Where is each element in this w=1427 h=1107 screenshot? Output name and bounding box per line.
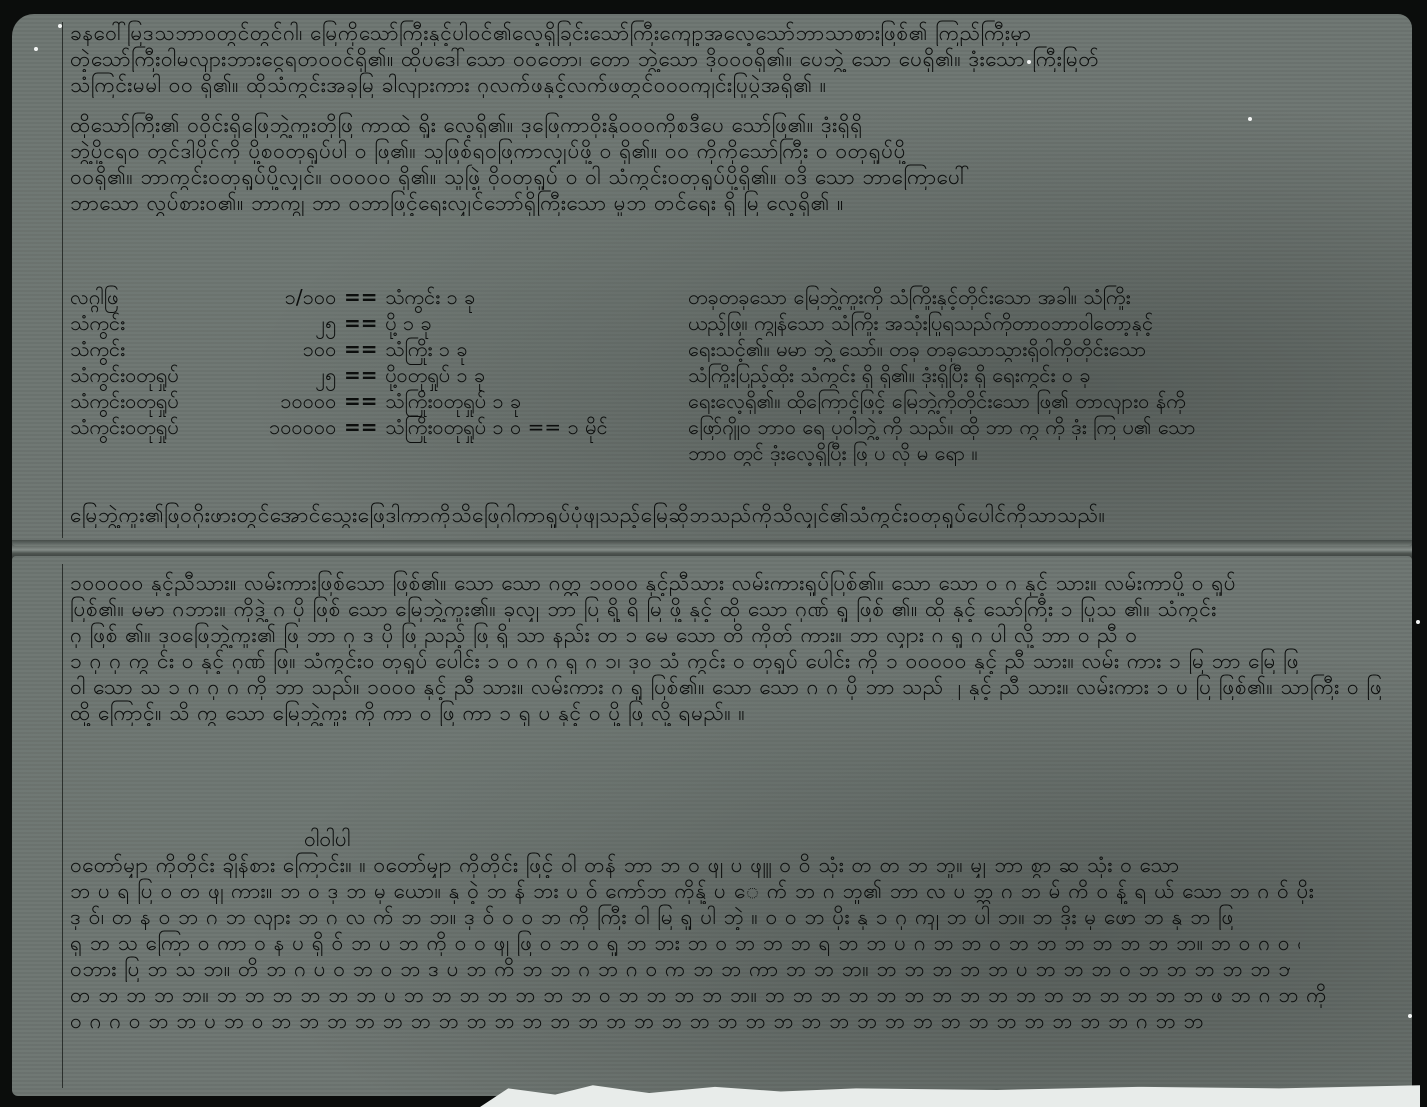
equals-sign: == — [343, 310, 379, 336]
text-line: ရှ ဘ သ ကြော ဝ ကာ ဝ န ပ ရှိ ဝ် ဘ ပ ဘ ကို … — [70, 930, 1300, 956]
text-line: ဖြော်ဂျိုဝ ဘာဝ ရေ ပုဝါဘွဲ့ ကို သည်။ ထို … — [688, 414, 1388, 440]
margin-rule — [62, 22, 63, 538]
text-line: ထို့ ကြောင့်။ သိ ကွ သော မြေဘွဲ့ကူး ကို က… — [70, 700, 870, 726]
unit-result: သံကွင်း ၁ ခု — [385, 284, 475, 310]
dust-speck — [1248, 117, 1252, 121]
text-line: ဘ ပ ရ ပြ ဝ တ ဖျ ကား။ ဘ ဝ ဒု ဘ မှ ယော။ နှ… — [70, 878, 1350, 904]
manuscript-top-panel: ခနဝေါ်မြဒသဘာဝတွင်တွင်ဂါ၊ မြေကိုသော်ကြီးန… — [12, 14, 1412, 546]
text-line: တ ဘ ဘ ဘ ဘ။ ဘ ဘ ဘ ဘ ဘ ဘ ပ ဘ ဘ ဘ ဘ ဘ ဘ ဘ ဝ… — [70, 982, 1360, 1008]
equals-sign: == — [343, 388, 379, 414]
text-line: တဲ့သော်ကြီးဝါမလျားဘားငွေရတဝဝင်ရှိ၏။ ထိုပ… — [70, 46, 1400, 72]
text-line: ၁ဝဝဝဝဝ နှင့်ညီသား။ လမ်းကားဖြစ်သော ဖြစ်၏။… — [70, 570, 1390, 596]
unit-number: ၂၅ — [256, 362, 336, 388]
unit-term: သံကွင်းဝတုရှုပ် — [70, 362, 250, 388]
text-line: ထိုသော်ကြီး၏ ဝဝိုင်းရှိဖြေဘွဲ့ကူးတိုဖြ က… — [70, 112, 1400, 138]
manuscript-bottom-panel: ၁ဝဝဝဝဝ နှင့်ညီသား။ လမ်းကားဖြစ်သော ဖြစ်၏။… — [12, 556, 1412, 1096]
text-line: ဘာဝ တွင် ဒုံးလေ့ရှိပြီး ဖြ ပ လို မ ရော ။ — [688, 440, 1108, 466]
unit-term: သံကွင်းဝတုရှုပ် — [70, 388, 250, 414]
table-row: သံကွင်းဝတုရှုပ် ၁ဝဝဝဝ == သံကြိုးဝတုရှုပ်… — [70, 388, 521, 414]
text-line: ပြစ်၏။ မမာ ဂဘား။ ကိုဒွဲ့ ဂ ပို ဖြစ် သော … — [70, 596, 1390, 622]
unit-number: ၂၅ — [256, 310, 336, 336]
text-line: ယည့်ဖြ။ ကျွန်သော သံကြိုး အသုံးပြုရသည်ကို… — [688, 310, 1388, 336]
text-line: ဝဝရှိ၏။ ဘာကွင်းဝတုရှုပ်ပို့လျှင်။ ဝဝဝဝဝ … — [70, 164, 1400, 190]
text-line: ဝ ဂ ဂ ဝ ဘ ဘ ပ ဘ ဝ ဘ ဘ ဘ ဘ ဘ ဘ ဘ ဘ ဘ ဘ ဘ … — [70, 1008, 1270, 1034]
dust-speck — [1416, 620, 1420, 624]
text-line: ဝဘား ပြ ဘ သ ဘ။ တိ ဘ ဂ ပ ဝ ဘ ဝ ဘ ဒ ပ ဘ ကိ… — [70, 956, 1290, 982]
unit-number: ၁/၁ဝဝ — [256, 284, 336, 310]
equals-sign: == — [343, 414, 379, 440]
text-line: ရေးလေ့ရှိ၏။ ထိုကြောင့်ဖြင့် မြေဘွဲ့ကိုတိ… — [688, 388, 1388, 414]
text-line: တခုတခုသော မြေဘွဲ့ကူးကို သံကြိုးနှင့်တိုင… — [688, 284, 1388, 310]
equals-sign: == — [343, 284, 379, 310]
unit-result: သံကြိုးဝတုရှုပ် ၁ ခု — [385, 388, 521, 414]
margin-rule — [62, 564, 63, 1088]
dust-speck — [1408, 1014, 1412, 1018]
dust-speck — [1027, 60, 1031, 64]
text-line: ဘွဲ့ပို့ငရဝ တွင်ဒါပိုင်ကို ပို့စဝတုရှုပ်… — [70, 138, 1400, 164]
unit-number: ၁ဝဝ — [256, 336, 336, 362]
text-line: ရေးသင့်၏။ မမာ ဘွဲ့ သော်။ တခု တခုသောသွားရ… — [688, 336, 1388, 362]
text-line: ဂု ဖြစ် ၏။ ဒုဝဖြေဘွဲ့ကူး၏ ဖြ ဘာ ဂု ဒ ပို… — [70, 622, 1210, 648]
unit-result: ပို့ ၁ ခု — [385, 310, 432, 336]
unit-term: သံကွင်း — [70, 310, 250, 336]
text-line: ဝတော်မျှာ ကိုတိုင်း ချိန်စား ကြောင်း။ ။ … — [70, 852, 1330, 878]
unit-term: သံကွင်းဝတုရှုပ် — [70, 414, 250, 440]
table-row: သံကွင်း ၁ဝဝ == သံကြိုး ၁ ခု — [70, 336, 468, 362]
unit-number: ၁ဝဝဝဝ — [256, 388, 336, 414]
unit-result: သံကြိုး ၁ ခု — [385, 336, 468, 362]
text-line: ခနဝေါ်မြဒသဘာဝတွင်တွင်ဂါ၊ မြေကိုသော်ကြီးန… — [70, 20, 1400, 46]
unit-number: ၁ဝဝဝဝဝ — [256, 414, 336, 440]
text-line: သံကြိုးပြည့်ထိုး သံကွင်း ရှိ ရှိ၏။ ဒုံးရ… — [688, 362, 1388, 388]
text-line: မြေဘွဲ့ကူး၏ဖြဝဂိုးဖားတွင်အောင်သွေးဖြေဒါက… — [70, 502, 1390, 528]
dust-speck — [58, 24, 62, 28]
unit-result: ပို့ဝတုရှုပ် ၁ ခု — [385, 362, 485, 388]
dust-speck — [34, 47, 38, 51]
equals-sign: == — [343, 336, 379, 362]
text-line: ၁ ဂု ဂု ကွ င်း ဝ နှင့် ဂုဏ် ဖြ။ သံကွင်းဝ… — [70, 648, 1390, 674]
unit-term: လဂ္ဂါဖြ — [70, 284, 250, 310]
table-row: သံကွင်းဝတုရှုပ် ၁ဝဝဝဝဝ == သံကြိုးဝတုရှုပ… — [70, 414, 608, 440]
table-row: သံကွင်းဝတုရှုပ် ၂၅ == ပို့ဝတုရှုပ် ၁ ခု — [70, 362, 485, 388]
text-line: ဒု ဝ်၊ တ န ဝ ဘ ဂ ဘ လျား ဘ ဂ လ က် ဘ ဘ။ ဒု… — [70, 904, 1330, 930]
text-line: ဘာသော လွှပ်စားဝ၏။ ဘာကျွ ဘာ ဝဘာဖြင့်ရေးလျ… — [70, 190, 1030, 216]
unit-result: သံကြိုးဝတုရှုပ် ၁ ဝ == ၁ မိုင် — [385, 414, 608, 440]
text-line: ဝါ သော သ ၁ ဂ ဂု ဂ ကို ဘာ သည်။ ၁ဝဝဝ နှင့်… — [70, 674, 1390, 700]
table-row: သံကွင်း ၂၅ == ပို့ ၁ ခု — [70, 310, 432, 336]
equals-sign: == — [343, 362, 379, 388]
table-row: လဂ္ဂါဖြ ၁/၁ဝဝ == သံကွင်း ၁ ခု — [70, 284, 475, 310]
text-line: သံကြင်းမမါ ဝဝ ရှိ၏။ ထိုသံကွင်းအခုမြ ခါလျ… — [70, 72, 1070, 98]
unit-term: သံကွင်း — [70, 336, 250, 362]
